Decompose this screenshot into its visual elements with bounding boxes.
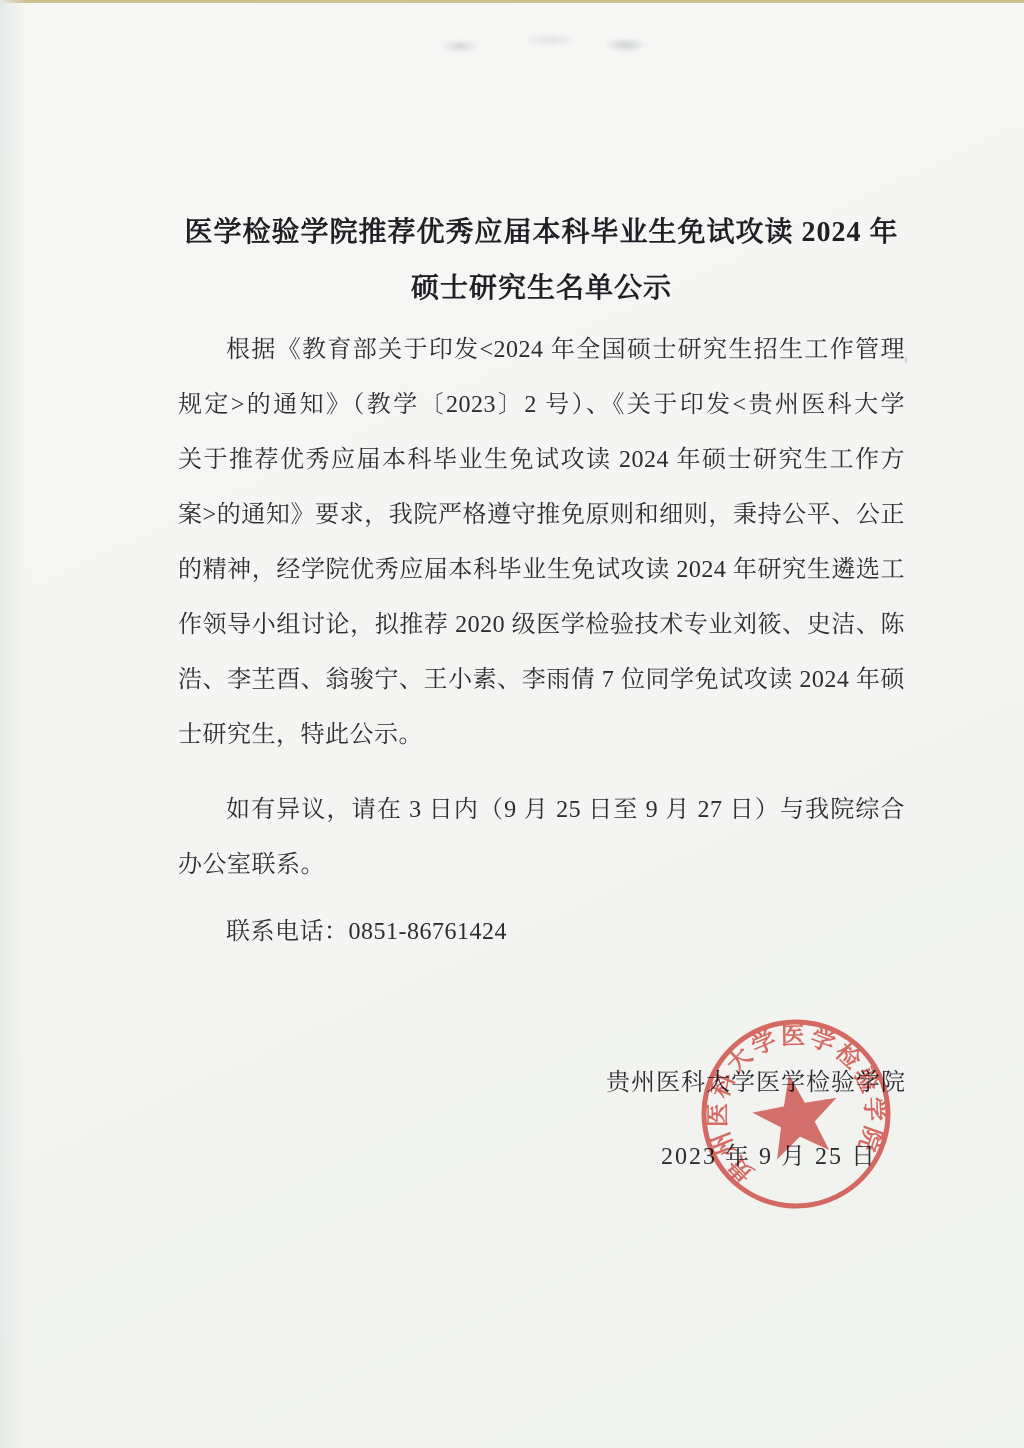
announcement-body: 医学检验学院推荐优秀应届本科毕业生免试攻读 2024 年 硕士研究生名单公示 根… [178, 205, 905, 960]
scanned-document-page: 医学检验学院推荐优秀应届本科毕业生免试攻读 2024 年 硕士研究生名单公示 根… [0, 0, 1024, 1448]
text-line: 联系电话：0851-86761424 [178, 905, 905, 960]
title-line-2: 硕士研究生名单公示 [178, 261, 905, 317]
text-line: 的精神，经学院优秀应届本科毕业生免试攻读 2024 年研究生遴选工 [178, 543, 905, 598]
paragraph: 根据《教育部关于印发<2024 年全国硕士研究生招生工作管理规定>的通知》（教学… [178, 323, 905, 763]
scan-edge-artifact-left [0, 0, 26, 1448]
text-line: 作领导小组讨论，拟推荐 2020 级医学检验技术专业刘筱、史洁、陈 [178, 598, 905, 653]
text-line: 案>的通知》要求，我院严格遵守推免原则和细则，秉持公平、公正 [178, 488, 905, 543]
paragraph: 联系电话：0851-86761424 [178, 905, 905, 960]
scan-smudge-artifact [430, 28, 660, 62]
text-line: 规定>的通知》（教学〔2023〕2 号）、《关于印发<贵州医科大学 [178, 378, 905, 433]
paragraphs-container: 根据《教育部关于印发<2024 年全国硕士研究生招生工作管理规定>的通知》（教学… [178, 323, 905, 960]
text-line: 如有异议，请在 3 日内（9 月 25 日至 9 月 27 日）与我院综合 [178, 783, 905, 838]
text-line: 士研究生，特此公示。 [178, 708, 905, 763]
official-seal-stamp: 贵州医科大学医学检验学院 [669, 987, 924, 1242]
document-title: 医学检验学院推荐优秀应届本科毕业生免试攻读 2024 年 硕士研究生名单公示 [178, 205, 905, 317]
title-line-1: 医学检验学院推荐优秀应届本科毕业生免试攻读 2024 年 [178, 205, 905, 261]
scan-edge-artifact-top [0, 0, 1024, 3]
text-line: 关于推荐优秀应届本科毕业生免试攻读 2024 年硕士研究生工作方 [178, 433, 905, 488]
text-line: 根据《教育部关于印发<2024 年全国硕士研究生招生工作管理 [178, 323, 905, 378]
seal-star-icon [747, 1067, 845, 1162]
text-line: 办公室联系。 [178, 838, 905, 893]
text-line: 浩、李芏酉、翁骏宁、王小素、李雨倩 7 位同学免试攻读 2024 年硕 [178, 653, 905, 708]
paragraph: 如有异议，请在 3 日内（9 月 25 日至 9 月 27 日）与我院综合办公室… [178, 783, 905, 893]
